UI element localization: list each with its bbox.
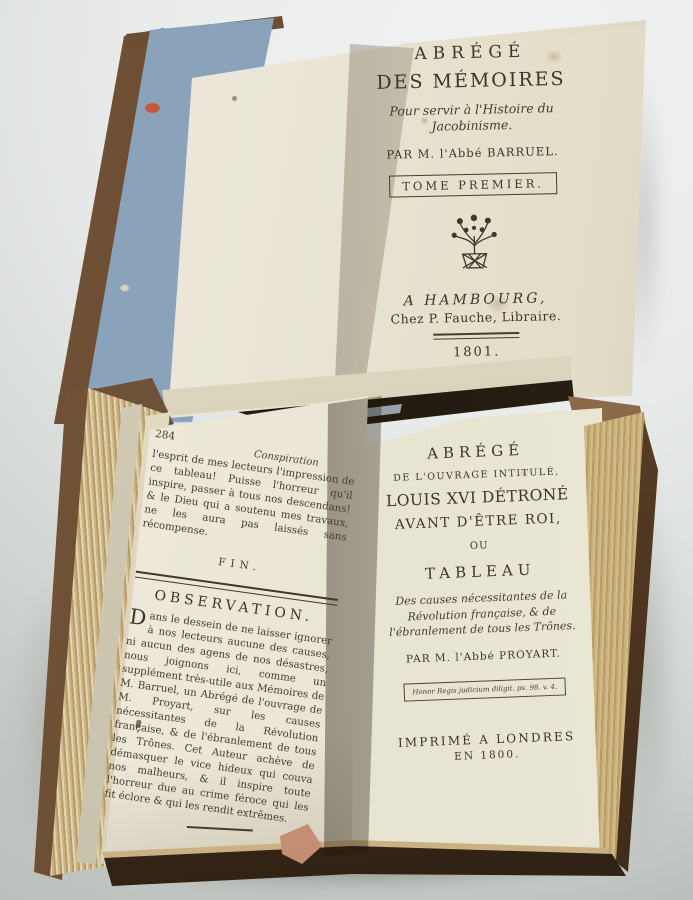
main-title-line-1: LOUIS XVI DÉTRONÉ: [366, 484, 589, 511]
photo-two-antique-books: ABRÉGÉ DES MÉMOIRES Pour servir à l'Hist…: [0, 0, 693, 900]
title-subtitle: DE L'OUVRAGE INTITULÉ,: [365, 465, 587, 485]
main-title-line-2: AVANT D'ÊTRE ROI,: [367, 509, 589, 534]
conjunction: OU: [368, 536, 590, 556]
half-title: ABRÉGÉ: [364, 438, 587, 465]
title-line-2: DES MÉMOIRES: [371, 67, 571, 95]
drop-cap: D: [128, 608, 147, 627]
flower-basket-woodcut-icon: [374, 210, 575, 280]
epigraph-box: Honor Regis judicium diligit. ps. 98. v.…: [403, 677, 566, 701]
imprint-publisher: Chez P. Fauche, Libraire.: [376, 308, 576, 327]
volume-label-box: TOME PREMIER.: [389, 172, 557, 198]
page-number: 284: [154, 428, 176, 443]
imprint-rule: [433, 332, 519, 340]
observation-body: ans le dessein de ne laisser ignorer à n…: [104, 611, 333, 825]
imprint-city: A HAMBOURG,: [375, 290, 575, 310]
observation-paragraph: Dans le dessein de ne laisser ignorer à …: [104, 607, 333, 829]
right-page-text: ABRÉGÉ DE L'OUVRAGE INTITULÉ, LOUIS XVI …: [364, 429, 598, 765]
title-line-1: ABRÉGÉ: [370, 40, 570, 66]
top-book-title-page-text: ABRÉGÉ DES MÉMOIRES Pour servir à l'Hist…: [370, 32, 577, 362]
alternate-title: TABLEAU: [369, 558, 592, 585]
